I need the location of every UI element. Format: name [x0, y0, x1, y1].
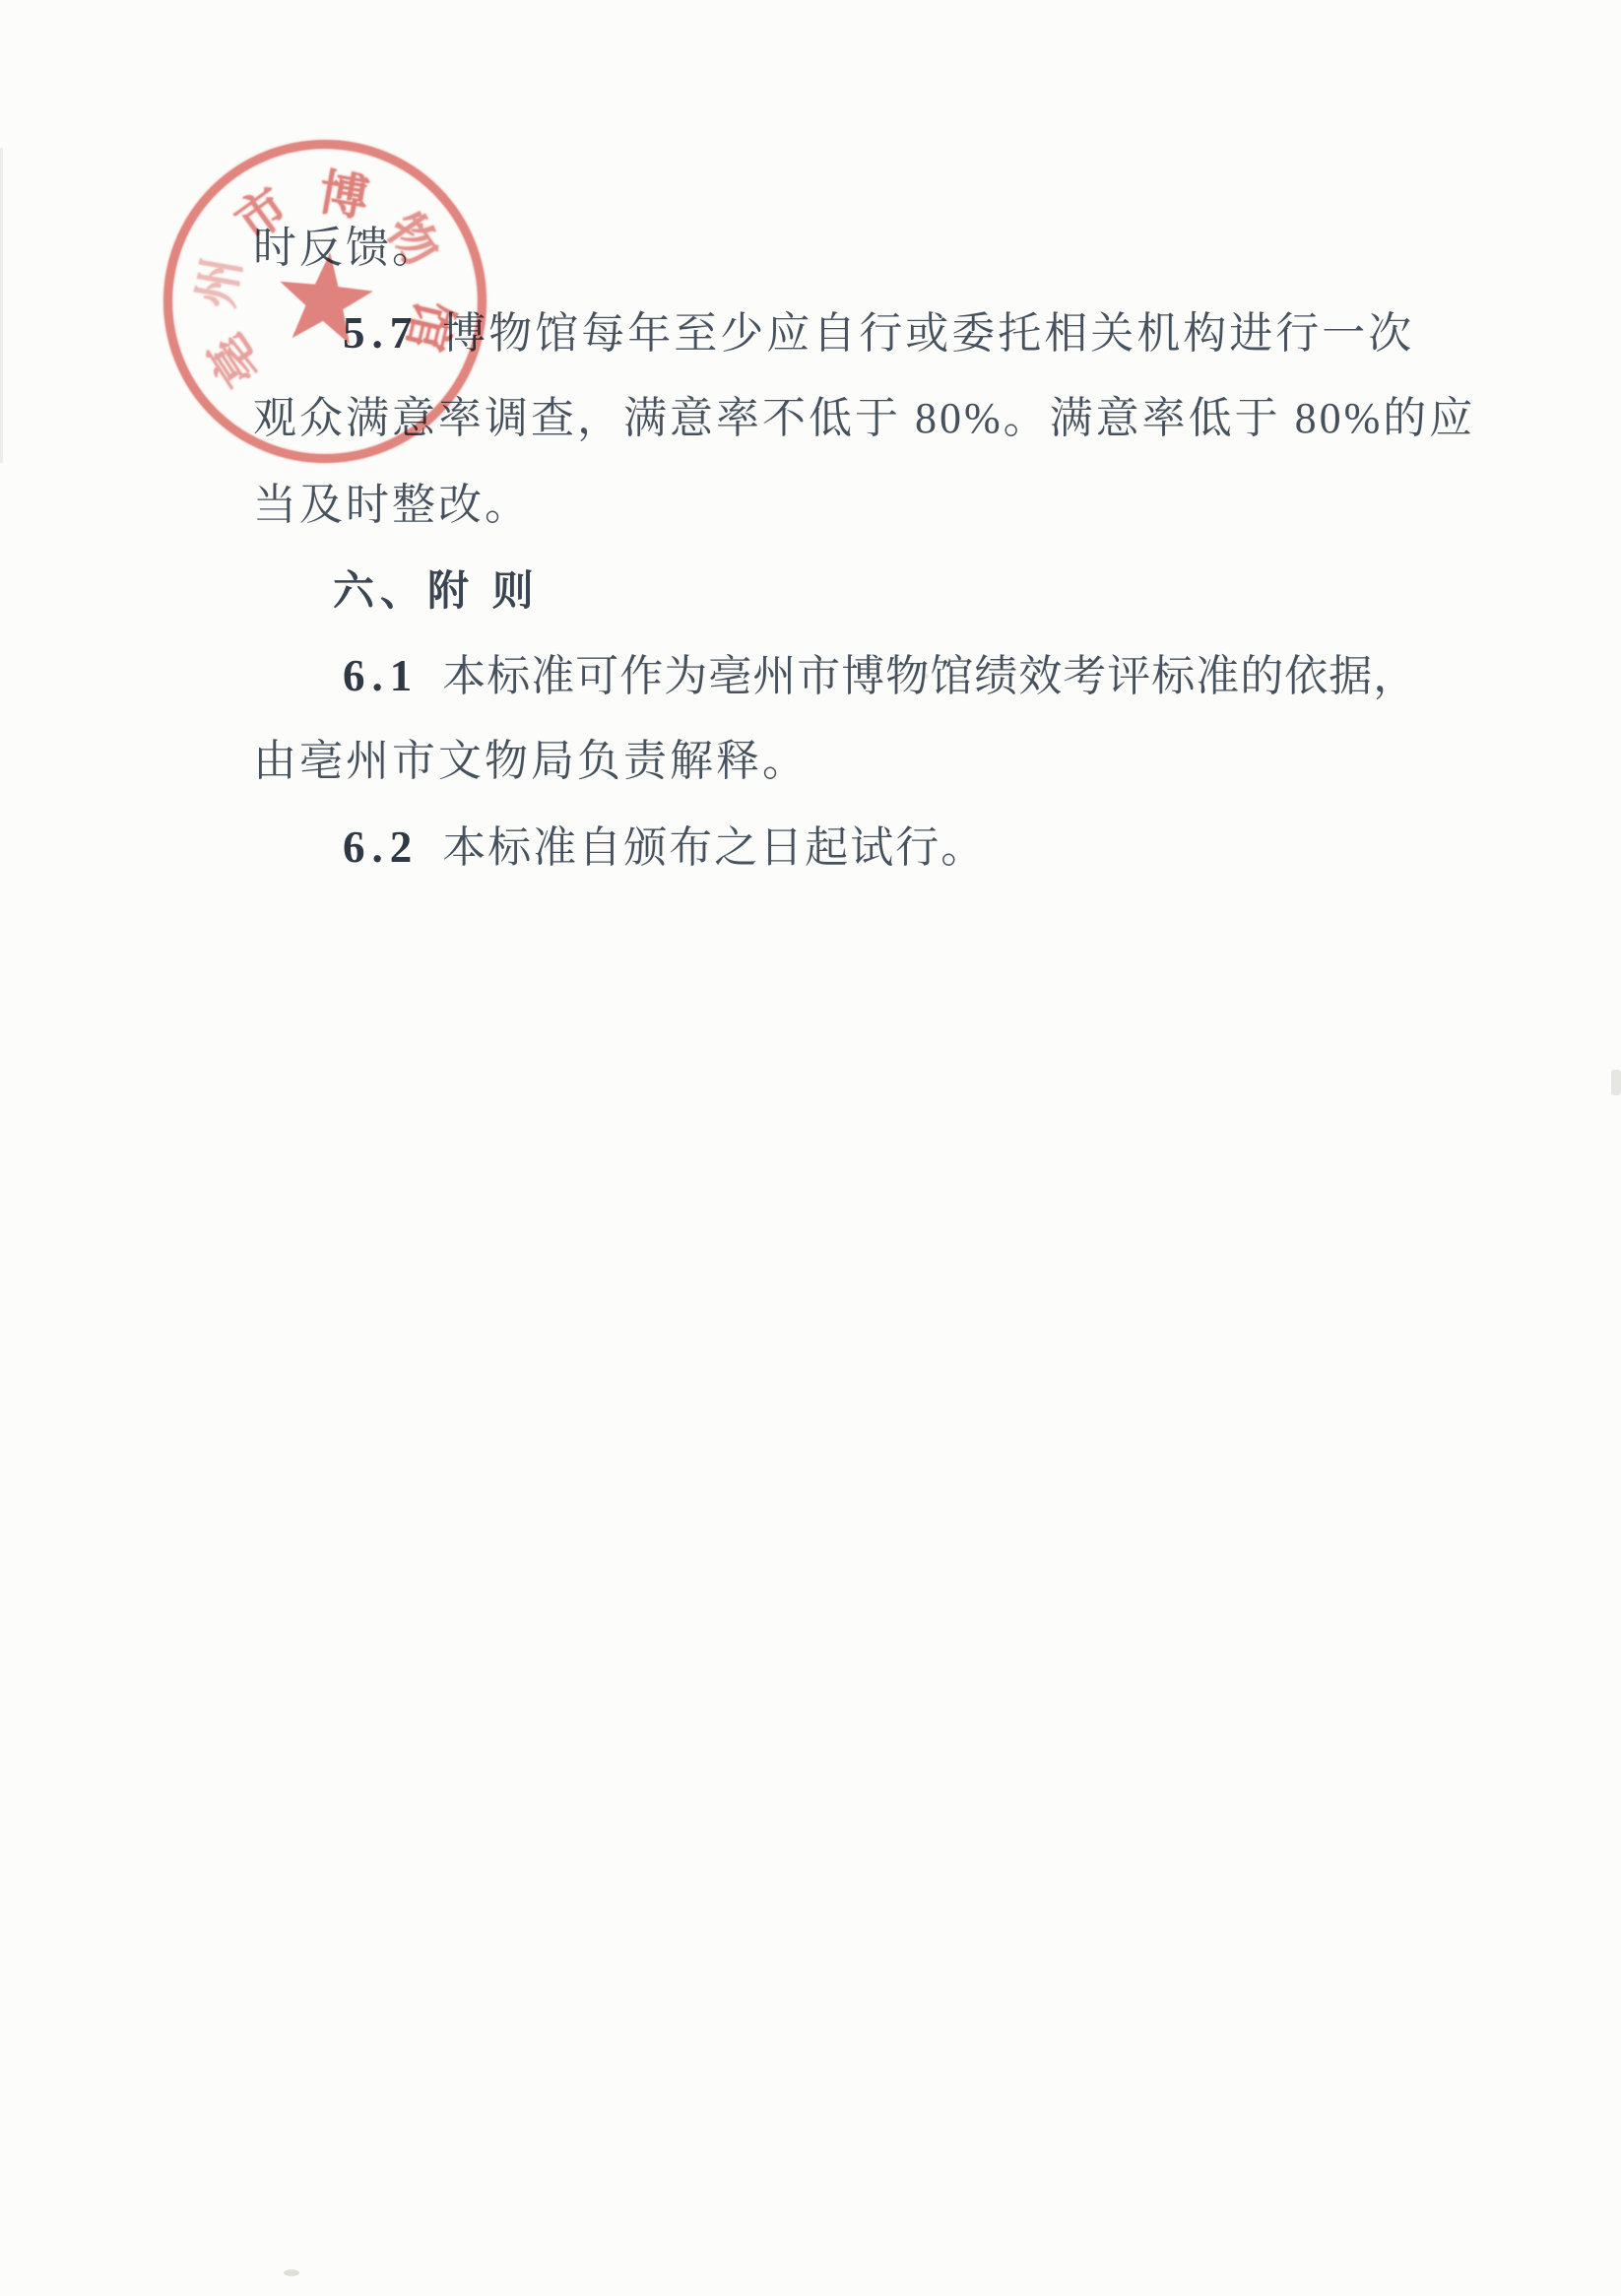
clause-6-2-number: 6.2 [343, 822, 419, 872]
clause-5-7-line-1: 5.7博物馆每年至少应自行或委托相关机构进行一次 [343, 307, 1414, 360]
clause-5-7-line-3: 当及时整改。 [253, 480, 531, 531]
clause-6-2-text: 本标准自颁布之日起试行。 [442, 823, 986, 872]
clause-5-7-line-2: 观众满意率调查，满意率不低于 80%。满意率低于 80%的应 [253, 393, 1475, 444]
scan-speck [284, 2269, 299, 2276]
section-6-heading: 六、附 则 [333, 565, 540, 617]
clause-6-1-line-1: 6.1本标准可作为亳州市博物馆绩效考评标准的依据， [343, 650, 1417, 702]
paragraph-fragment-feedback: 时反馈。 [253, 223, 438, 274]
seal-character: 博 [314, 153, 375, 231]
clause-6-2-line: 6.2本标准自颁布之日起试行。 [343, 821, 986, 874]
scan-speck [1611, 1070, 1621, 1095]
scan-edge-artifact [0, 148, 3, 463]
clause-6-1-line-2: 由亳州市文物局负责解释。 [253, 736, 809, 787]
seal-character: 亳 [188, 322, 275, 402]
clause-5-7-number: 5.7 [343, 308, 419, 358]
clause-5-7-text: 博物馆每年至少应自行或委托相关机构进行一次 [442, 309, 1414, 358]
clause-6-1-text: 本标准可作为亳州市博物馆绩效考评标准的依据， [442, 652, 1417, 700]
document-page: 亳 州 市 博 物 馆 时反馈。 5.7博物馆每年至少应自行或委托相关机构进行一… [0, 0, 1621, 2296]
clause-6-1-number: 6.1 [343, 651, 419, 700]
seal-character: 州 [176, 252, 255, 313]
